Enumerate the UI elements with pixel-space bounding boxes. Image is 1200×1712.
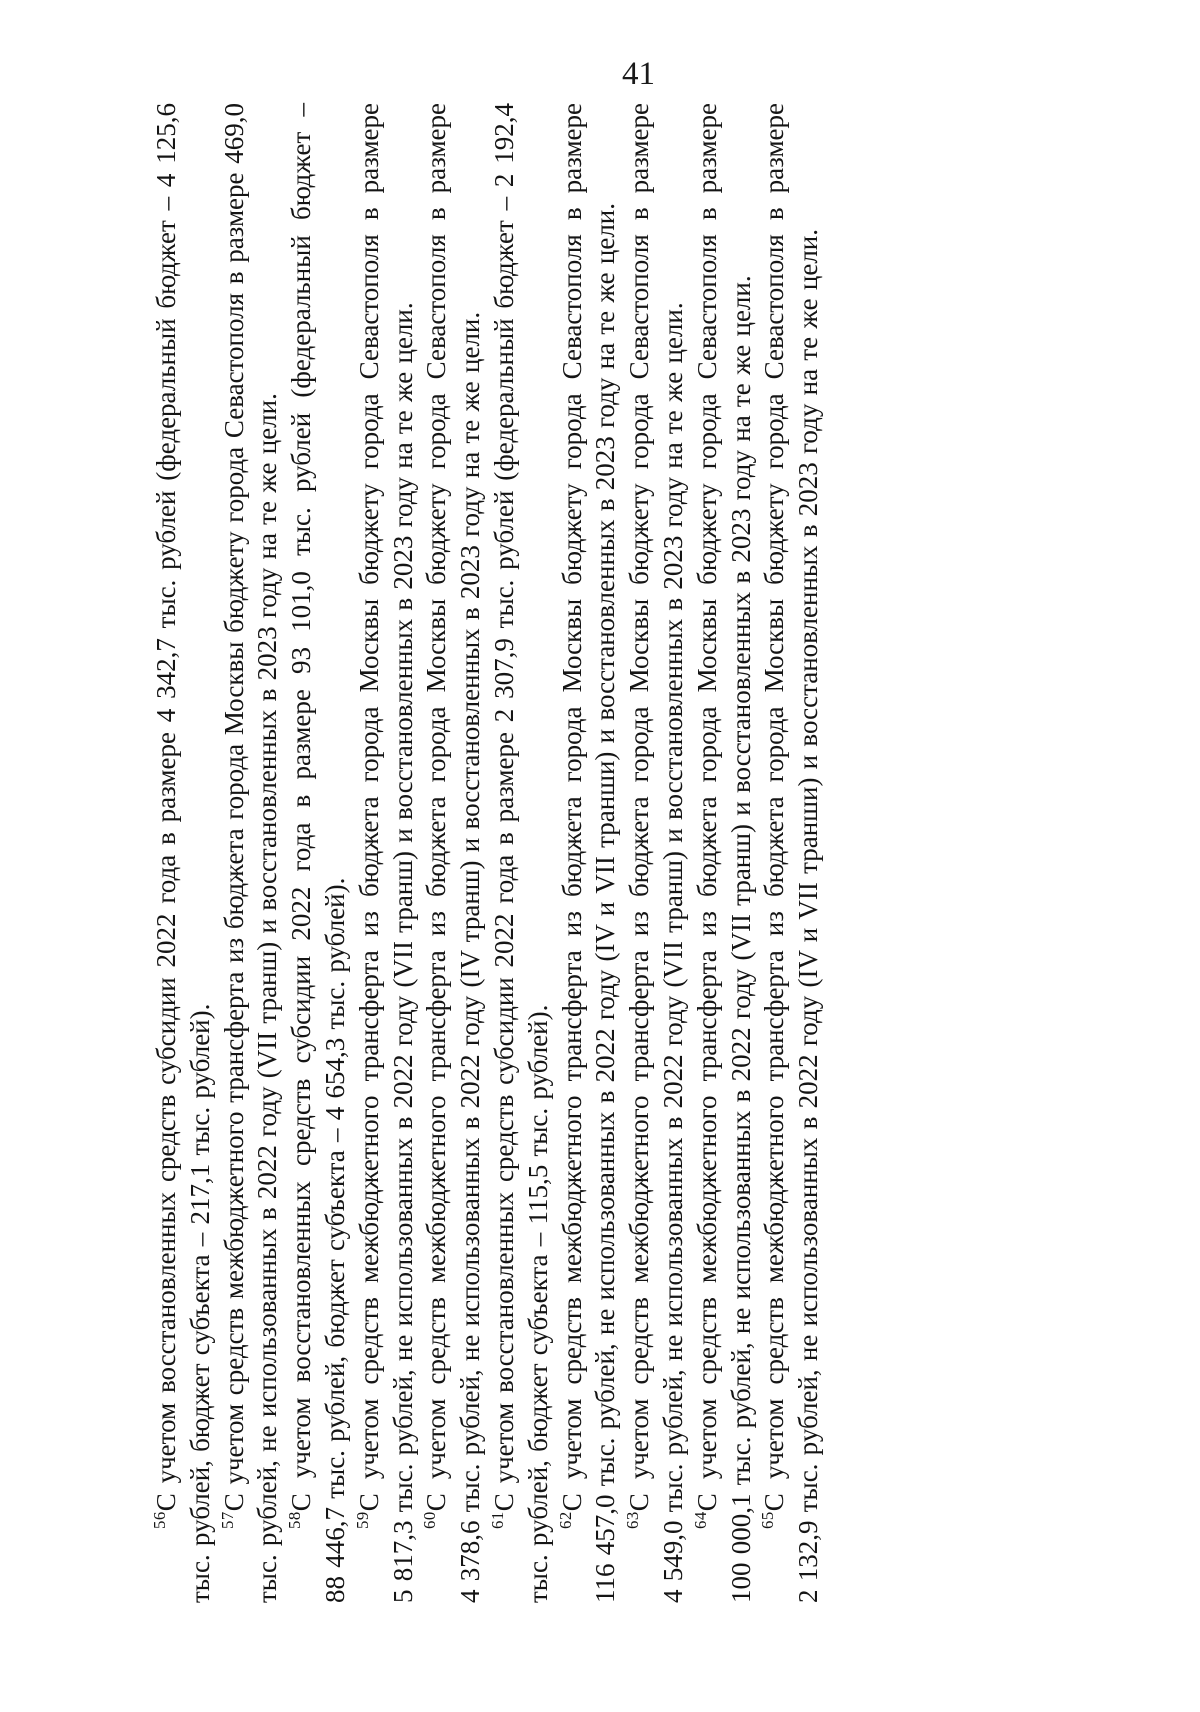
- footnote-marker: 63: [623, 1511, 642, 1529]
- footnote-marker: 61: [488, 1511, 507, 1529]
- footnote-text: С учетом восстановленных средств субсиди…: [489, 103, 553, 1603]
- footnote-57: 57С учетом средств межбюджетного трансфе…: [218, 103, 286, 1603]
- footnote-marker: 57: [218, 1511, 237, 1529]
- footnote-58: 58С учетом восстановленных средств субси…: [285, 103, 353, 1603]
- footnote-marker: 62: [556, 1511, 575, 1529]
- footnote-marker: 65: [758, 1511, 777, 1529]
- footnote-marker: 56: [150, 1511, 169, 1529]
- footnote-59: 59С учетом средств межбюджетного трансфе…: [353, 103, 421, 1603]
- footnote-65: 65С учетом средств межбюджетного трансфе…: [758, 103, 826, 1603]
- footnote-text: С учетом средств межбюджетного трансферт…: [557, 103, 621, 1603]
- footnote-62: 62С учетом средств межбюджетного трансфе…: [556, 103, 624, 1603]
- footnote-text: С учетом средств межбюджетного трансферт…: [421, 103, 485, 1603]
- footnote-61: 61С учетом восстановленных средств субси…: [488, 103, 556, 1603]
- footnote-text: С учетом средств межбюджетного трансферт…: [219, 103, 283, 1603]
- footnote-text: С учетом восстановленных средств субсиди…: [151, 103, 215, 1603]
- rotated-text-block: 56С учетом восстановленных средств субси…: [150, 103, 826, 1603]
- footnote-63: 63С учетом средств межбюджетного трансфе…: [623, 103, 691, 1603]
- footnote-60: 60С учетом средств межбюджетного трансфе…: [420, 103, 488, 1603]
- page-number: 41: [622, 56, 655, 92]
- footnote-text: С учетом средств межбюджетного трансферт…: [759, 103, 823, 1603]
- footnote-marker: 58: [285, 1511, 304, 1529]
- footnote-64: 64С учетом средств межбюджетного трансфе…: [691, 103, 759, 1603]
- footnote-56: 56С учетом восстановленных средств субси…: [150, 103, 218, 1603]
- footnotes-list: 56С учетом восстановленных средств субси…: [150, 103, 826, 1603]
- footnote-text: С учетом восстановленных средств субсиди…: [286, 103, 350, 1603]
- footnote-text: С учетом средств межбюджетного трансферт…: [624, 103, 688, 1603]
- footnote-text: С учетом средств межбюджетного трансферт…: [354, 103, 418, 1603]
- footnote-marker: 59: [353, 1511, 372, 1529]
- footnote-text: С учетом средств межбюджетного трансферт…: [692, 103, 756, 1603]
- footnote-marker: 64: [691, 1511, 710, 1529]
- footnote-marker: 60: [420, 1511, 439, 1529]
